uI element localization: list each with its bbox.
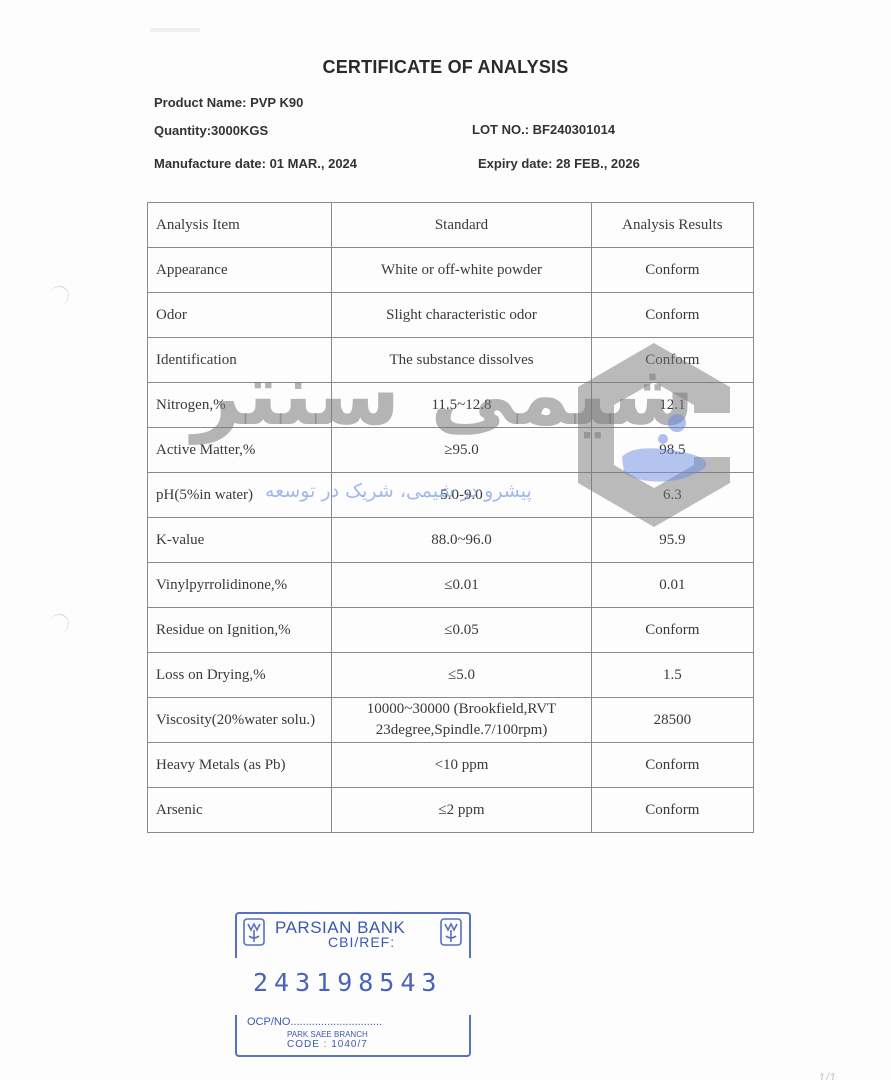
- header-analysis-item: Analysis Item: [148, 203, 332, 248]
- analysis-item-cell: Appearance: [148, 248, 332, 293]
- stamp-ref-number: 243198543: [253, 968, 442, 997]
- bank-stamp: PARSIAN BANK CBI/REF: 243198543 OCP/NO..…: [235, 912, 475, 1062]
- lot-number: LOT NO.: BF240301014: [472, 122, 615, 137]
- result-cell: 0.01: [591, 563, 753, 608]
- analysis-item-cell: Heavy Metals (as Pb): [148, 743, 332, 788]
- analysis-item-cell: Vinylpyrrolidinone,%: [148, 563, 332, 608]
- bank-emblem-icon: [243, 918, 265, 946]
- table-header-row: Analysis Item Standard Analysis Results: [148, 203, 754, 248]
- table-row: OdorSlight characteristic odorConform: [148, 293, 754, 338]
- analysis-item-cell: K-value: [148, 518, 332, 563]
- standard-cell: White or off-white powder: [332, 248, 591, 293]
- bank-emblem-icon: [440, 918, 462, 946]
- punch-hole-mark: [48, 284, 70, 306]
- header-standard: Standard: [332, 203, 591, 248]
- result-cell: Conform: [591, 788, 753, 833]
- table-row: Arsenic≤2 ppmConform: [148, 788, 754, 833]
- standard-cell: ≤2 ppm: [332, 788, 591, 833]
- scan-artifact: [150, 28, 200, 32]
- table-row: Vinylpyrrolidinone,%≤0.010.01: [148, 563, 754, 608]
- stamp-ref-label: CBI/REF:: [328, 934, 395, 950]
- analysis-item-cell: Arsenic: [148, 788, 332, 833]
- quantity: Quantity:3000KGS: [154, 123, 268, 138]
- stamp-ocp-label: OCP/NO..............................: [247, 1016, 382, 1028]
- page-number: 1/1: [818, 1070, 836, 1080]
- result-cell: 28500: [591, 698, 753, 743]
- analysis-item-cell: Odor: [148, 293, 332, 338]
- standard-cell: ≤0.05: [332, 608, 591, 653]
- result-cell: 1.5: [591, 653, 753, 698]
- table-row: Residue on Ignition,%≤0.05Conform: [148, 608, 754, 653]
- expiry-date: Expiry date: 28 FEB., 2026: [478, 156, 640, 171]
- result-cell: Conform: [591, 293, 753, 338]
- table-row: Heavy Metals (as Pb)<10 ppmConform: [148, 743, 754, 788]
- table-row: Loss on Drying,%≤5.01.5: [148, 653, 754, 698]
- document-title: CERTIFICATE OF ANALYSIS: [0, 57, 891, 78]
- punch-hole-mark: [48, 612, 70, 634]
- standard-cell: ≤5.0: [332, 653, 591, 698]
- analysis-item-cell: Residue on Ignition,%: [148, 608, 332, 653]
- analysis-item-cell: Loss on Drying,%: [148, 653, 332, 698]
- table-row: AppearanceWhite or off-white powderConfo…: [148, 248, 754, 293]
- standard-cell: <10 ppm: [332, 743, 591, 788]
- product-name: Product Name: PVP K90: [154, 95, 303, 110]
- standard-cell: 10000~30000 (Brookfield,RVT 23degree,Spi…: [332, 698, 591, 743]
- stamp-code: CODE : 1040/7: [287, 1039, 368, 1050]
- table-row: Viscosity(20%water solu.)10000~30000 (Br…: [148, 698, 754, 743]
- result-cell: Conform: [591, 608, 753, 653]
- stamp-branch: PARK SAEE BRANCH: [287, 1030, 368, 1039]
- hexagon-c-flask-icon: [562, 335, 747, 535]
- standard-cell: Slight characteristic odor: [332, 293, 591, 338]
- result-cell: Conform: [591, 743, 753, 788]
- standard-cell: ≤0.01: [332, 563, 591, 608]
- standard-cell: 88.0~96.0: [332, 518, 591, 563]
- watermark-tagline: پیشرو در شیمی، شریک در توسعه: [265, 480, 532, 502]
- header-analysis-results: Analysis Results: [591, 203, 753, 248]
- result-cell: Conform: [591, 248, 753, 293]
- analysis-item-cell: Viscosity(20%water solu.): [148, 698, 332, 743]
- manufacture-date: Manufacture date: 01 MAR., 2024: [154, 156, 357, 171]
